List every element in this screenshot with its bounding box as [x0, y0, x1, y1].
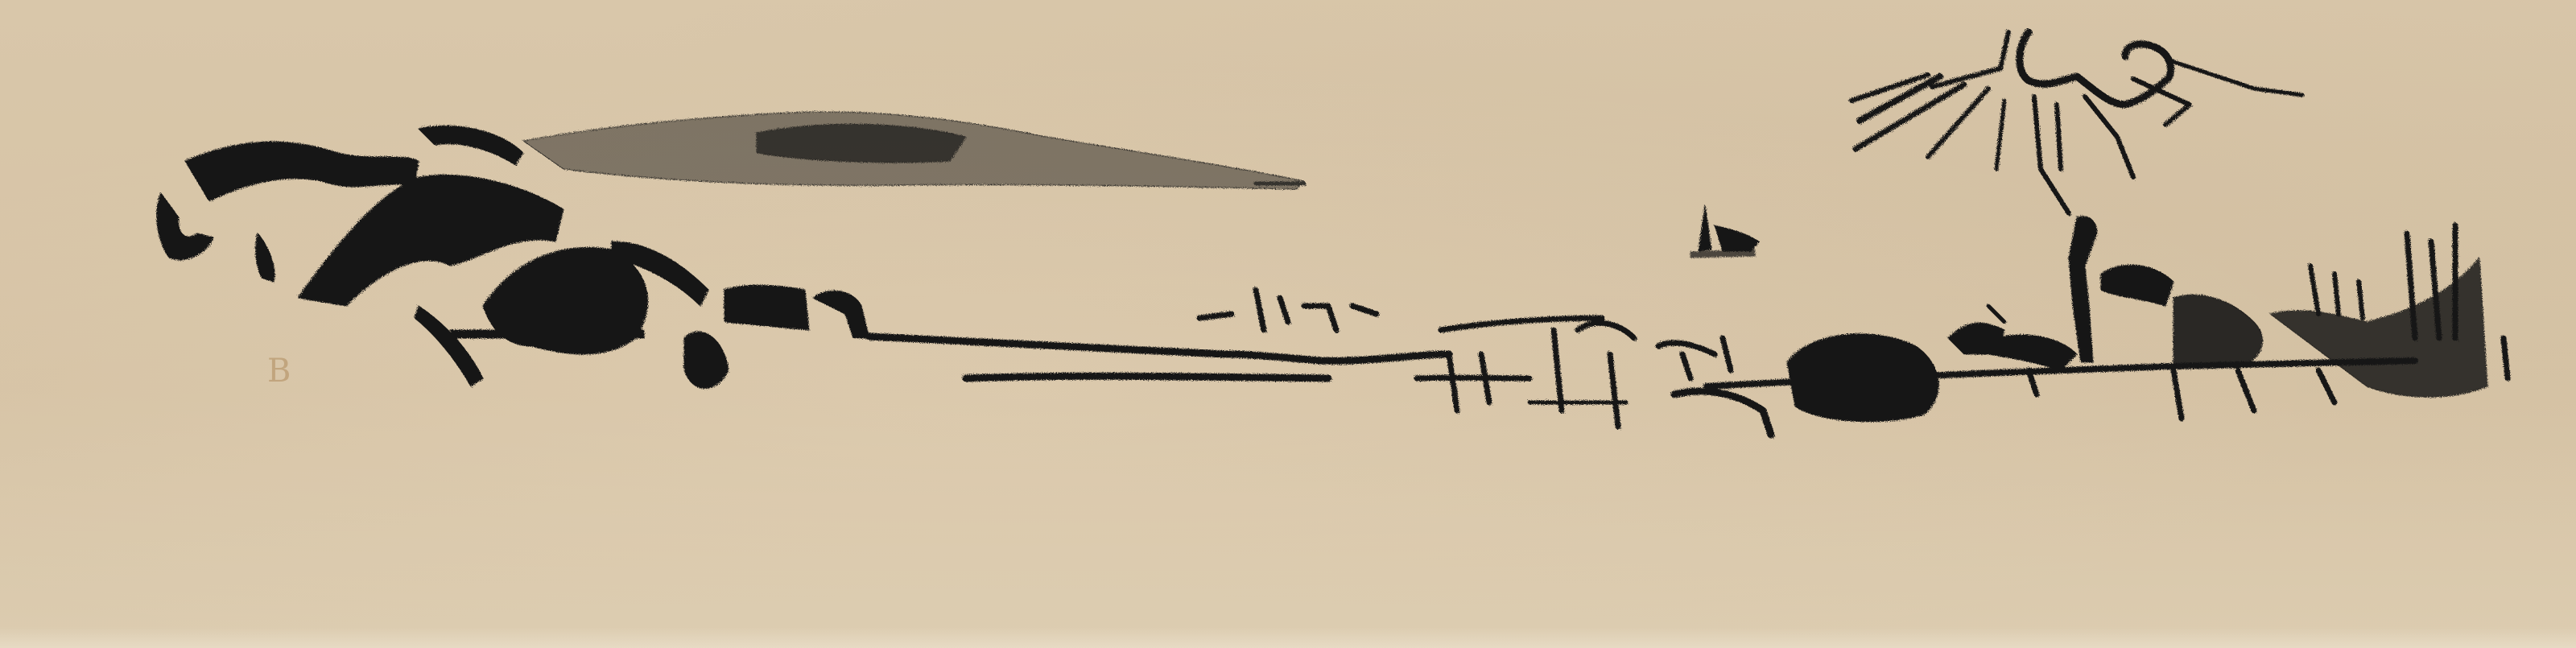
- village-right: [1948, 217, 2508, 419]
- ink-drawing: [0, 0, 2576, 648]
- ink-landscape-sketch: B: [0, 0, 2576, 648]
- bush: [1787, 334, 1938, 422]
- sun: [1851, 32, 2302, 213]
- distant-island: [523, 112, 1304, 189]
- village-middle: [1199, 290, 1771, 435]
- collector-mark: B: [267, 353, 291, 390]
- sailboat: [1690, 205, 1759, 258]
- paper-edge: [0, 627, 2576, 648]
